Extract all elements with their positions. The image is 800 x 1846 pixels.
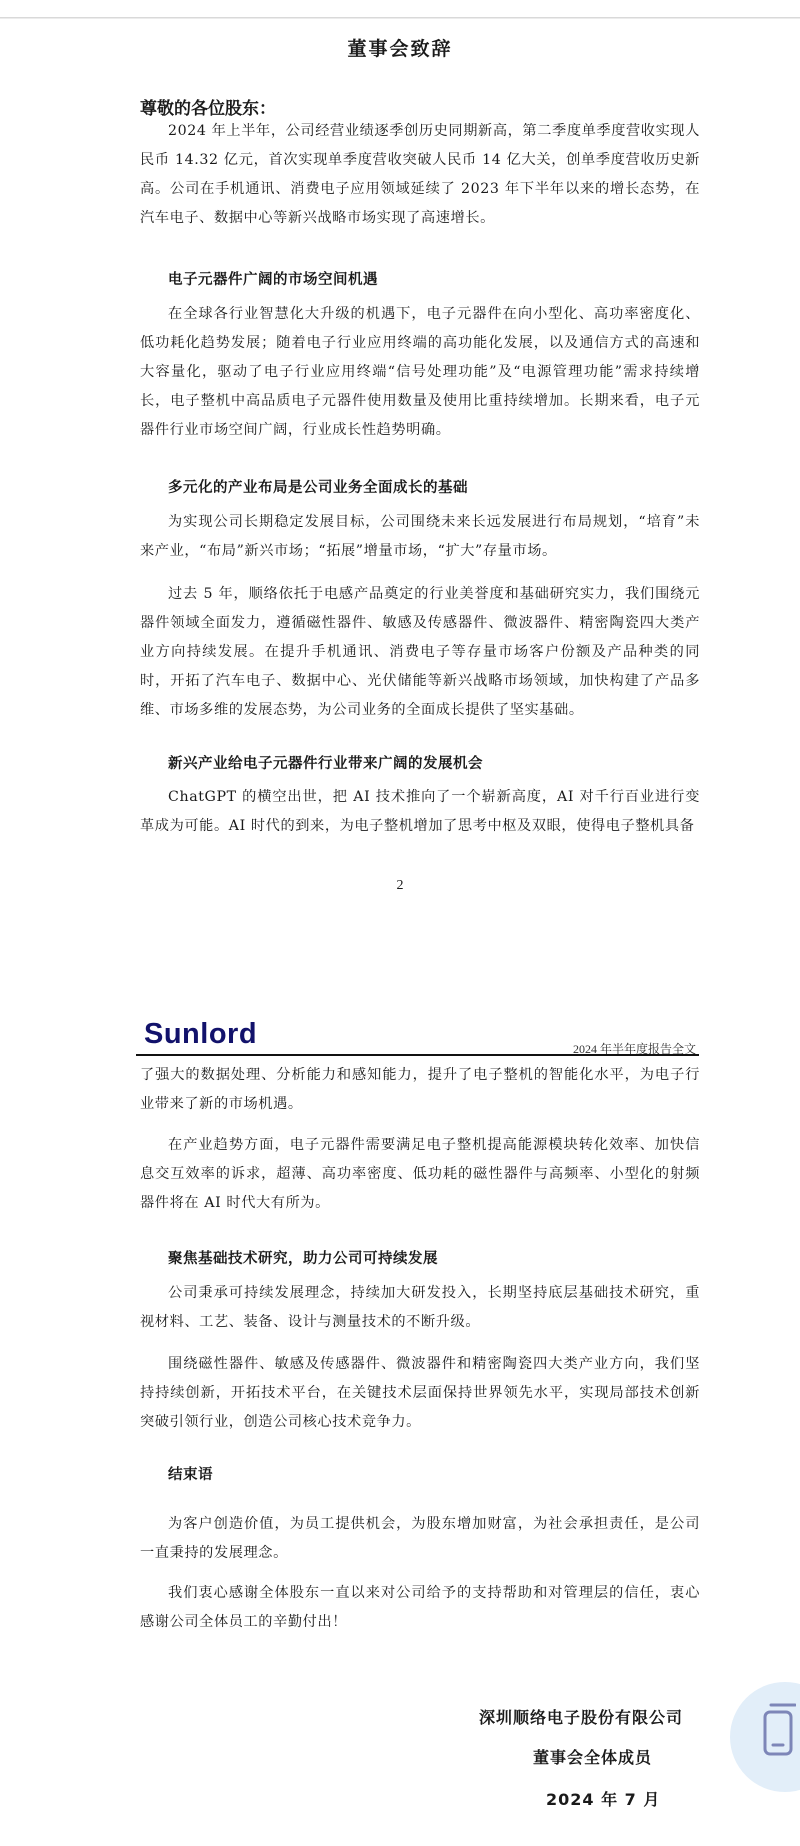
paragraph-emerging-1b: 了强大的数据处理、分析能力和感知能力，提升了电子整机的智能化水平，为电子行业带来… <box>140 1061 700 1119</box>
paragraph-layout-2: 过去 5 年，顺络依托于电感产品奠定的行业美誉度和基础研究实力，我们围绕元器件领… <box>140 580 700 725</box>
paragraph-emerging-2: 在产业趋势方面，电子元器件需要满足电子整机提高能源模块转化效率、加快信息交互效率… <box>140 1131 700 1218</box>
section-heading-layout: 多元化的产业布局是公司业务全面成长的基础 <box>168 476 468 497</box>
paragraph-layout-1: 为实现公司长期稳定发展目标，公司围绕未来长远发展进行布局规划，“培育”未来产业，… <box>140 508 700 566</box>
section-heading-market: 电子元器件广阔的市场空间机遇 <box>168 268 378 289</box>
page-number: 2 <box>0 878 800 894</box>
page-title: 董事会致辞 <box>0 34 800 61</box>
paragraph-market: 在全球各行业智慧化大升级的机遇下，电子元器件在向小型化、高功率密度化、低功耗化趋… <box>140 300 700 445</box>
signature-board: 董事会全体成员 <box>533 1745 652 1768</box>
viewer-top-bar <box>0 0 800 18</box>
floating-device-button[interactable] <box>730 1682 800 1792</box>
header-rule <box>136 1054 699 1056</box>
paragraph-research-2: 围绕磁性器件、敏感及传感器件、微波器件和精密陶瓷四大类产业方向，我们坚持持续创新… <box>140 1350 700 1437</box>
paragraph-closing-2: 我们衷心感谢全体股东一直以来对公司给予的支持帮助和对管理层的信任，衷心感谢公司全… <box>140 1579 700 1637</box>
phone-icon <box>762 1702 796 1760</box>
salutation: 尊敬的各位股东： <box>140 94 276 119</box>
sunlord-logo: Sunlord <box>144 1018 257 1051</box>
section-heading-emerging: 新兴产业给电子元器件行业带来广阔的发展机会 <box>168 752 483 773</box>
section-heading-research: 聚焦基础技术研究，助力公司可持续发展 <box>168 1247 438 1268</box>
signature-company: 深圳顺络电子股份有限公司 <box>479 1705 683 1728</box>
paragraph-closing-1: 为客户创造价值，为员工提供机会，为股东增加财富，为社会承担责任，是公司一直秉持的… <box>140 1510 700 1568</box>
section-heading-closing: 结束语 <box>168 1463 213 1484</box>
signature-date: 2024 年 7 月 <box>546 1787 660 1810</box>
intro-paragraph: 2024 年上半年，公司经营业绩逐季创历史同期新高，第二季度单季度营收实现人民币… <box>140 117 700 233</box>
paragraph-research-1: 公司秉承可持续发展理念，持续加大研发投入，长期坚持底层基础技术研究，重视材料、工… <box>140 1279 700 1337</box>
paragraph-emerging-1a: ChatGPT 的横空出世，把 AI 技术推向了一个崭新高度，AI 对千行百业进… <box>140 783 700 841</box>
